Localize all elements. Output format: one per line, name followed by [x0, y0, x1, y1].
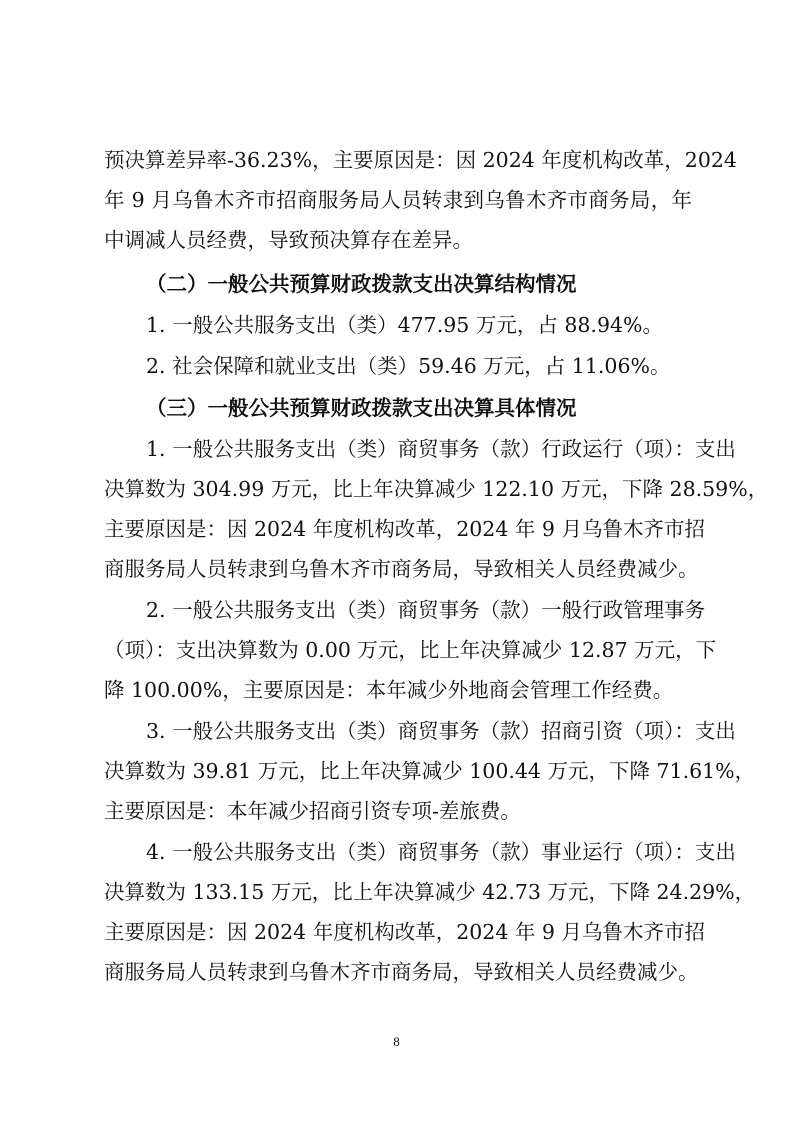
list-item: 1. 一般公共服务支出（类）477.95 万元，占 88.94%。 [146, 310, 692, 340]
text-line: 商服务局人员转隶到乌鲁木齐市商务局，导致相关人员经费减少。 [104, 957, 692, 987]
list-item: 2. 社会保障和就业支出（类）59.46 万元，占 11.06%。 [146, 351, 692, 381]
section-heading: （二）一般公共预算财政拨款支出决算结构情况 [146, 269, 692, 299]
text-line: （项）：支出决算数为 0.00 万元，比上年决算减少 12.87 万元，下 [104, 635, 692, 665]
text-line: 主要原因是：因 2024 年度机构改革，2024 年 9 月乌鲁木齐市招 [104, 917, 692, 947]
text-line: 主要原因是：本年减少招商引资专项-差旅费。 [104, 796, 692, 826]
page-number: 8 [0, 1034, 793, 1050]
text-line: 决算数为 39.81 万元，比上年决算减少 100.44 万元，下降 71.61… [104, 756, 692, 786]
section-heading: （三）一般公共预算财政拨款支出决算具体情况 [146, 393, 692, 423]
text-line: 决算数为 133.15 万元，比上年决算减少 42.73 万元，下降 24.29… [104, 877, 692, 907]
text-line: 3. 一般公共服务支出（类）商贸事务（款）招商引资（项）：支出 [146, 716, 692, 746]
text-line: 2. 一般公共服务支出（类）商贸事务（款）一般行政管理事务 [146, 595, 692, 625]
text-line: 预决算差异率-36.23%，主要原因是：因 2024 年度机构改革，2024 [104, 145, 692, 175]
text-line: 降 100.00%，主要原因是：本年减少外地商会管理工作经费。 [104, 675, 692, 705]
text-line: 1. 一般公共服务支出（类）商贸事务（款）行政运行（项）：支出 [146, 434, 692, 464]
text-line: 中调减人员经费，导致预决算存在差异。 [104, 225, 692, 255]
text-line: 决算数为 304.99 万元，比上年决算减少 122.10 万元，下降 28.5… [104, 474, 692, 504]
text-line: 年 9 月乌鲁木齐市招商服务局人员转隶到乌鲁木齐市商务局，年 [104, 185, 692, 215]
text-line: 4. 一般公共服务支出（类）商贸事务（款）事业运行（项）：支出 [146, 837, 692, 867]
text-line: 主要原因是：因 2024 年度机构改革，2024 年 9 月乌鲁木齐市招 [104, 514, 692, 544]
text-line: 商服务局人员转隶到乌鲁木齐市商务局，导致相关人员经费减少。 [104, 554, 692, 584]
